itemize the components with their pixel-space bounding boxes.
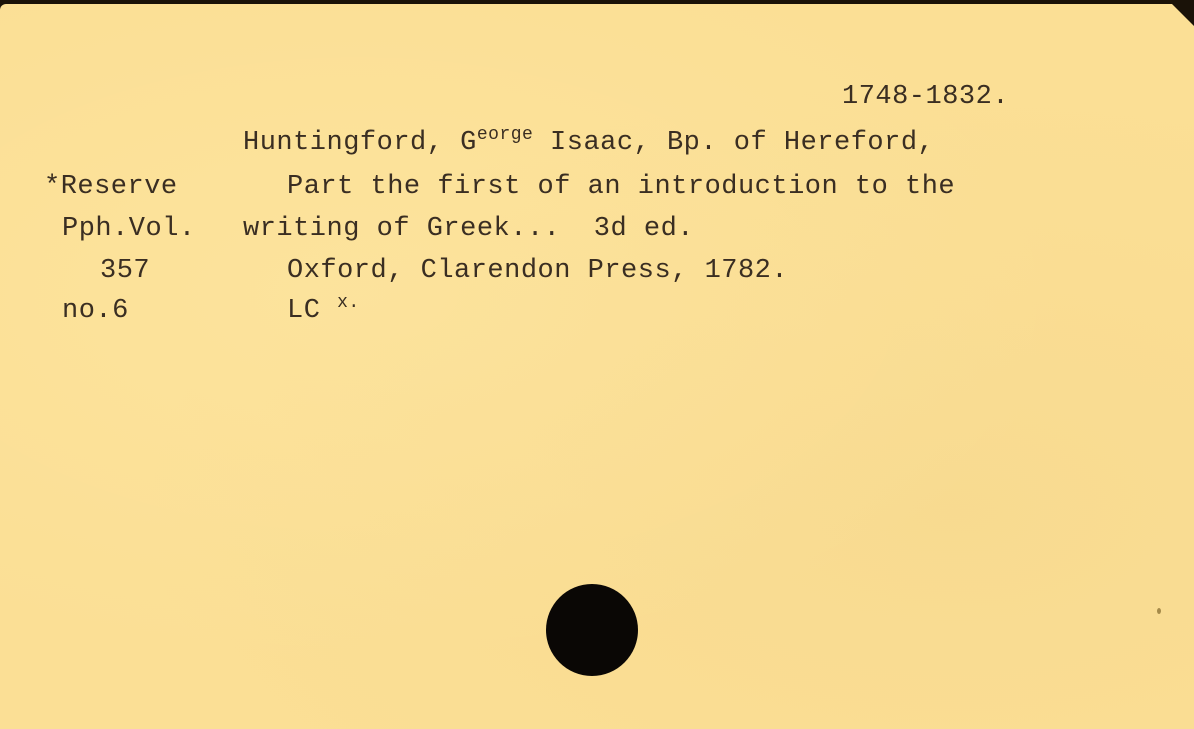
- catalog-card: 1748-1832. Huntingford, George Isaac, Bp…: [0, 4, 1194, 729]
- author-dates: 1748-1832.: [842, 82, 1009, 112]
- author-surname: Huntingford, G: [243, 128, 477, 158]
- call-number-line-4: no.6: [62, 296, 129, 326]
- title-line-2: writing of Greek... 3d ed.: [243, 214, 694, 244]
- paper-speck: [1157, 608, 1161, 614]
- author-heading: Huntingford, George Isaac, Bp. of Herefo…: [243, 128, 934, 160]
- imprint-line: Oxford, Clarendon Press, 1782.: [287, 256, 788, 286]
- title-line-1: Part the first of an introduction to the: [287, 172, 955, 202]
- lc-superscript: x.: [337, 293, 360, 313]
- call-number-line-2: Pph.Vol.: [62, 214, 196, 244]
- author-heading-rest: Isaac, Bp. of Hereford,: [533, 128, 934, 158]
- call-number-line-3: 357: [100, 256, 150, 286]
- card-punch-hole: [546, 584, 638, 676]
- call-number-line-1: *Reserve: [44, 172, 178, 202]
- lc-prefix: LC: [287, 296, 320, 326]
- author-given-name-superscript: eorge: [477, 125, 534, 145]
- card-corner-cut: [1172, 4, 1194, 26]
- lc-note: LC x.: [287, 296, 360, 328]
